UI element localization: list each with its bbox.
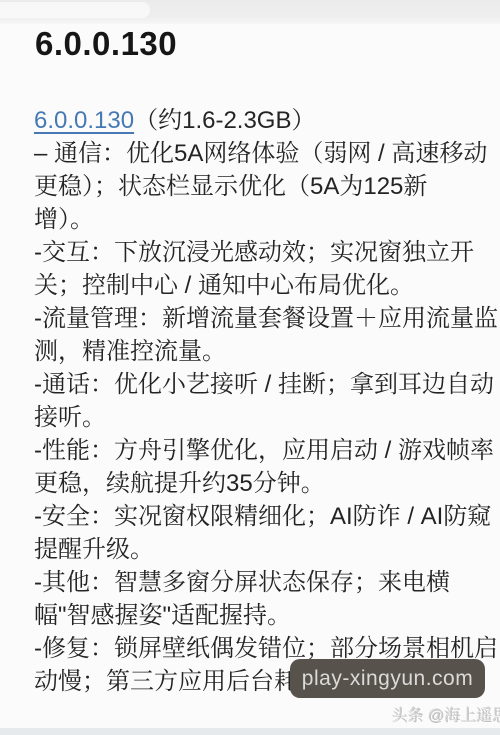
source-watermark: 头条 @海上遥思 xyxy=(392,703,500,726)
site-watermark: play-xingyun.com xyxy=(290,659,485,698)
bottom-background-strip xyxy=(0,728,500,735)
changelog-line: 关；控制中心 / 通知中心布局优化。 xyxy=(34,269,474,302)
changelog-line: -安全：实况窗权限精细化；AI防诈 / AI防窥 xyxy=(34,500,474,533)
changelog-line: 增）。 xyxy=(34,203,474,236)
changelog-line: 提醒升级。 xyxy=(34,533,474,566)
changelog-line: 幅"智感握姿"适配握持。 xyxy=(34,599,474,632)
version-link[interactable]: 6.0.0.130 xyxy=(34,107,134,134)
top-background-strip xyxy=(0,0,500,24)
changelog-body: 6.0.0.130（约1.6-2.3GB） – 通信：优化5A网络体验（弱网 /… xyxy=(34,104,474,698)
changelog-line: -通话：优化小艺接听 / 挂断；拿到耳边自动 xyxy=(34,368,474,401)
changelog-line: -性能：方舟引擎优化，应用启动 / 游戏帧率 xyxy=(34,434,474,467)
page-title: 6.0.0.130 xyxy=(35,25,177,63)
version-line: 6.0.0.130（约1.6-2.3GB） xyxy=(34,104,474,137)
changelog-line: – 通信：优化5A网络体验（弱网 / 高速移动 xyxy=(34,137,474,170)
changelog-line: 更稳，续航提升约35分钟。 xyxy=(34,467,474,500)
changelog-line: -交互：下放沉浸光感动效；实况窗独立开 xyxy=(34,236,474,269)
changelog-line: -其他：智慧多窗分屏状态保存；来电横 xyxy=(34,566,474,599)
changelog-line: -流量管理：新增流量套餐设置＋应用流量监 xyxy=(34,302,474,335)
changelog-line: 更稳）；状态栏显示优化（5A为125新 xyxy=(34,170,474,203)
release-notes-page: 6.0.0.130 6.0.0.130（约1.6-2.3GB） – 通信：优化5… xyxy=(0,0,500,735)
changelog-line: 接听。 xyxy=(34,401,474,434)
changelog-line: 测，精准控流量。 xyxy=(34,335,474,368)
top-strip-highlight xyxy=(0,2,150,18)
package-size-note: （约1.6-2.3GB） xyxy=(134,107,315,134)
